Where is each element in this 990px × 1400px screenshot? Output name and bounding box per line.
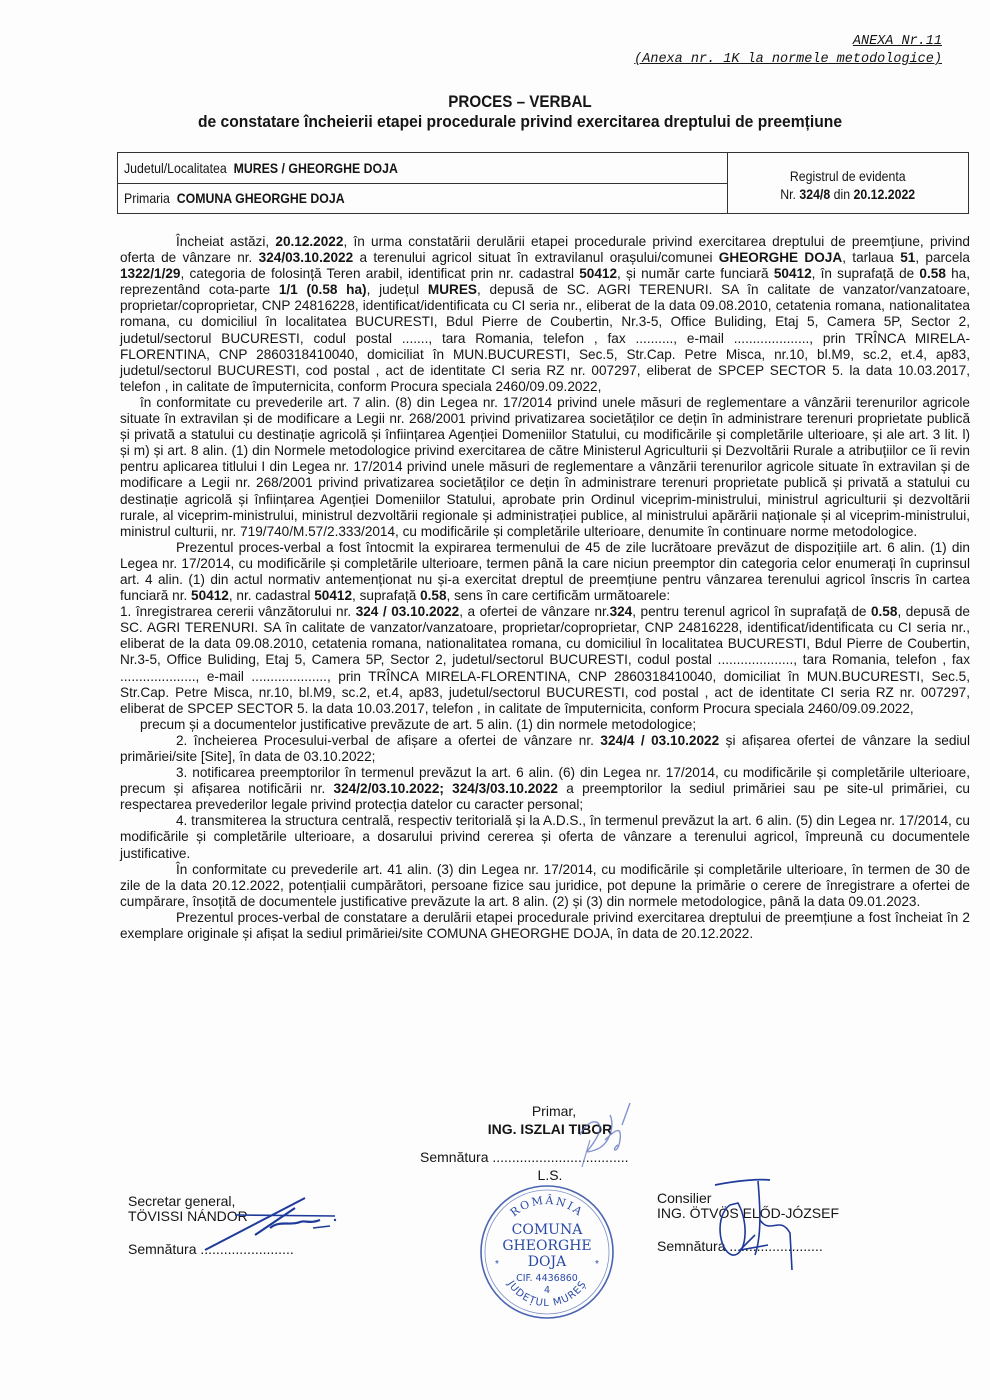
info-table: Judetul/Localitatea MURES / GHEORGHE DOJ…: [117, 152, 969, 214]
document-page: ANEXA Nr.11 (Anexa nr. 1K la normele met…: [0, 0, 990, 1400]
registry-din: din: [834, 186, 850, 202]
svg-text:*: *: [495, 1259, 499, 1270]
svg-text:GHEORGHE: GHEORGHE: [502, 1238, 591, 1254]
mayor-role: Primar,: [420, 1102, 680, 1120]
secretary-name: TÖVISSI NÁNDOR: [128, 1209, 294, 1224]
official-stamp: ROMÂNIA COMUNA GHEORGHE DOJA * * CIF. 44…: [477, 1182, 617, 1322]
secretary-signature-block: Secretar general, TÖVISSI NÁNDOR Semnătu…: [128, 1194, 294, 1257]
councillor-signature-block: Consilier ING. ÖTVÖS ELŐD-JÓZSEF Semnătu…: [657, 1191, 839, 1254]
list-item-1-continuation: precum și a documentelor justificative p…: [120, 717, 970, 733]
stamp-seal-icon: ROMÂNIA COMUNA GHEORGHE DOJA * * CIF. 44…: [477, 1182, 617, 1322]
secretary-role: Secretar general,: [128, 1194, 294, 1209]
svg-text:4: 4: [544, 1285, 550, 1296]
mayor-signature-block: Primar, ING. ISZLAI TIBOR Semnătura ....…: [420, 1102, 680, 1184]
registry-number: 324/8: [800, 186, 831, 202]
list-item-2: 2. încheierea Procesului-verbal de afișa…: [120, 733, 970, 765]
list-item-4: 4. transmiterea la structura centrală, r…: [120, 813, 970, 861]
paragraph-closing: Prezentul proces-verbal de constatare a …: [120, 910, 970, 942]
councillor-role: Consilier: [657, 1191, 839, 1206]
councillor-name: ING. ÖTVÖS ELŐD-JÓZSEF: [657, 1206, 839, 1221]
primaria-row: Primaria COMUNA GHEORGHE DOJA: [118, 184, 727, 214]
mayor-signature-line: Semnătura ..............................…: [420, 1148, 680, 1166]
list-item-1: 1. înregistrarea cererii vânzătorului nr…: [120, 604, 970, 717]
title-subtitle: de constatare încheierii etapei procedur…: [143, 112, 897, 132]
registry-label: Registrul de evidenta: [790, 167, 906, 185]
primaria-label: Primaria: [124, 190, 170, 206]
paragraph-certification: Prezentul proces-verbal a fost întocmit …: [120, 540, 970, 604]
svg-text:*: *: [595, 1259, 599, 1270]
registry-date: 20.12.2022: [854, 186, 916, 202]
judet-label: Judetul/Localitatea: [124, 160, 227, 176]
paragraph-intro: Încheiat astăzi, 20.12.2022, în urma con…: [120, 234, 970, 395]
paragraph-legal-basis: în conformitate cu prevederile art. 7 al…: [120, 395, 970, 540]
paragraph-purchase-deadline: În conformitate cu prevederile art. 41 a…: [120, 862, 970, 910]
registry-cell: Registrul de evidenta Nr. 324/8 din 20.1…: [728, 153, 968, 213]
svg-text:CIF. 4436860: CIF. 4436860: [516, 1273, 578, 1284]
annex-reference: ANEXA Nr.11 (Anexa nr. 1K la normele met…: [634, 33, 942, 69]
title-main: PROCES – VERBAL: [143, 92, 897, 112]
judet-row: Judetul/Localitatea MURES / GHEORGHE DOJ…: [118, 153, 727, 184]
document-body: Încheiat astăzi, 20.12.2022, în urma con…: [120, 234, 970, 942]
secretary-signature-line: Semnătura ........................: [128, 1242, 294, 1257]
judet-value: MURES / GHEORGHE DOJA: [234, 160, 398, 176]
info-left-column: Judetul/Localitatea MURES / GHEORGHE DOJ…: [118, 153, 728, 213]
mayor-name: ING. ISZLAI TIBOR: [420, 1120, 680, 1138]
registry-nr-prefix: Nr.: [781, 186, 797, 202]
document-title: PROCES – VERBAL de constatare încheierii…: [143, 92, 897, 132]
primaria-value: COMUNA GHEORGHE DOJA: [177, 190, 345, 206]
annex-subtitle: (Anexa nr. 1K la normele metodologice): [634, 51, 942, 69]
svg-text:DOJA: DOJA: [528, 1254, 567, 1270]
svg-text:COMUNA: COMUNA: [512, 1222, 584, 1238]
registry-number-line: Nr. 324/8 din 20.12.2022: [781, 185, 916, 203]
councillor-signature-line: Semnătura ........................: [657, 1239, 839, 1254]
list-item-3: 3. notificarea preemptorilor în termenul…: [120, 765, 970, 813]
annex-number: ANEXA Nr.11: [634, 33, 942, 51]
